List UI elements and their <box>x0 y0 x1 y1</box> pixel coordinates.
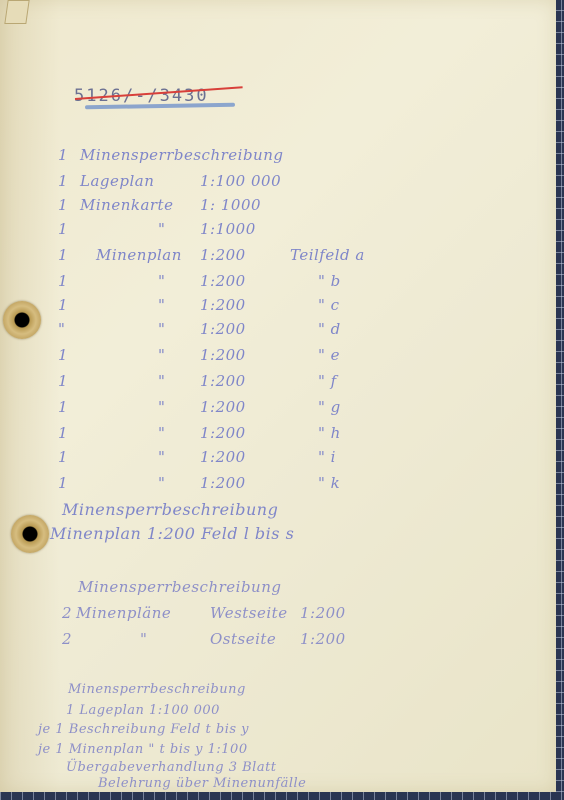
inventory-item: Minensperrbeschreibung <box>80 146 283 164</box>
section-4-heading: Minensperrbeschreibung <box>68 682 246 697</box>
inventory-qty: 1 <box>58 448 68 466</box>
folded-corner <box>4 0 29 24</box>
inventory-qty: 1 <box>58 272 68 290</box>
inventory-row: 1"1:200" c <box>0 296 556 316</box>
inventory-qty: 1 <box>58 220 68 238</box>
inventory-scale: 1:200 <box>200 320 246 338</box>
inventory-item: " <box>158 296 165 314</box>
inventory-qty: " <box>58 320 65 338</box>
inventory-field: " i <box>318 448 336 466</box>
section-2-heading: Minensperrbeschreibung <box>62 500 278 519</box>
inventory-qty: 1 <box>58 296 68 314</box>
inventory-scale: 1:1000 <box>200 220 256 238</box>
inventory-row: 1"1:200" k <box>0 474 556 494</box>
inventory-row: 1Minensperrbeschreibung <box>0 146 556 166</box>
section-4-line: je 1 Beschreibung Feld t bis y <box>38 722 249 737</box>
inventory-field: " k <box>318 474 340 492</box>
inventory-qty: 1 <box>58 398 68 416</box>
inventory-item: " <box>158 424 165 442</box>
inventory-scale: 1:200 <box>200 398 246 416</box>
inventory-item: Minenplan <box>96 246 182 264</box>
inventory-scale: 1:200 <box>200 474 246 492</box>
inventory-qty: 1 <box>58 346 68 364</box>
inventory-item: " <box>158 372 165 390</box>
inventory-qty: 1 <box>58 196 68 214</box>
inventory-field: " g <box>318 398 341 416</box>
inventory-item: Lageplan <box>80 172 154 190</box>
inventory-item: " <box>158 448 165 466</box>
inventory-scale: 1:200 <box>200 296 246 314</box>
inventory-row: 1"1:200" g <box>0 398 556 418</box>
inventory-item: " <box>158 398 165 416</box>
inventory-row: ""1:200" d <box>0 320 556 340</box>
inventory-scale: 1:200 <box>200 346 246 364</box>
inventory-field: " c <box>318 296 340 314</box>
inventory-field: " h <box>318 424 341 442</box>
inventory-scale: 1:200 <box>200 246 246 264</box>
section-3-row: 2 Minenpläne Westseite 1:200 <box>0 604 556 624</box>
section-4-line: 1 Lageplan 1:100 000 <box>66 703 220 718</box>
inventory-row: 1"1:200" i <box>0 448 556 468</box>
inventory-row: 1"1:200" e <box>0 346 556 366</box>
page-fold-shadow <box>0 0 60 792</box>
inventory-item: Minenkarte <box>80 196 173 214</box>
inventory-qty: 1 <box>58 172 68 190</box>
section-4-line: Übergabeverhandlung 3 Blatt <box>66 760 277 775</box>
inventory-row: 1Lageplan1:100 000 <box>0 172 556 192</box>
inventory-scale: 1:100 000 <box>200 172 281 190</box>
section-2-line: Minenplan 1:200 Feld l bis s <box>50 524 294 543</box>
inventory-scale: 1:200 <box>200 424 246 442</box>
inventory-qty: 1 <box>58 474 68 492</box>
inventory-qty: 1 <box>58 146 68 164</box>
inventory-field: " e <box>318 346 340 364</box>
inventory-item: " <box>158 474 165 492</box>
inventory-row: 1"1:1000 <box>0 220 556 240</box>
inventory-field: " b <box>318 272 341 290</box>
inventory-qty: 1 <box>58 246 68 264</box>
section-4-line: Belehrung über Minenunfälle <box>98 776 306 791</box>
section-3-row: 2 " Ostseite 1:200 <box>0 630 556 650</box>
document-page: 5126/-/3430 1Minensperrbeschreibung1Lage… <box>0 0 556 792</box>
section-3-heading: Minensperrbeschreibung <box>78 578 281 596</box>
inventory-row: 1"1:200" b <box>0 272 556 292</box>
inventory-item: " <box>158 346 165 364</box>
inventory-field: " f <box>318 372 337 390</box>
inventory-item: " <box>158 272 165 290</box>
inventory-row: 1Minenkarte1: 1000 <box>0 196 556 216</box>
inventory-item: " <box>158 220 165 238</box>
inventory-qty: 1 <box>58 372 68 390</box>
inventory-scale: 1:200 <box>200 448 246 466</box>
inventory-scale: 1:200 <box>200 272 246 290</box>
inventory-field: Teilfeld a <box>290 246 365 264</box>
inventory-row: 1"1:200" f <box>0 372 556 392</box>
inventory-item: " <box>158 320 165 338</box>
inventory-row: 1Minenplan1:200Teilfeld a <box>0 246 556 266</box>
inventory-scale: 1:200 <box>200 372 246 390</box>
inventory-field: " d <box>318 320 341 338</box>
inventory-row: 1"1:200" h <box>0 424 556 444</box>
inventory-scale: 1: 1000 <box>200 196 261 214</box>
inventory-qty: 1 <box>58 424 68 442</box>
section-4-line: je 1 Minenplan " t bis y 1:100 <box>38 742 248 757</box>
punch-hole-icon <box>11 515 49 553</box>
